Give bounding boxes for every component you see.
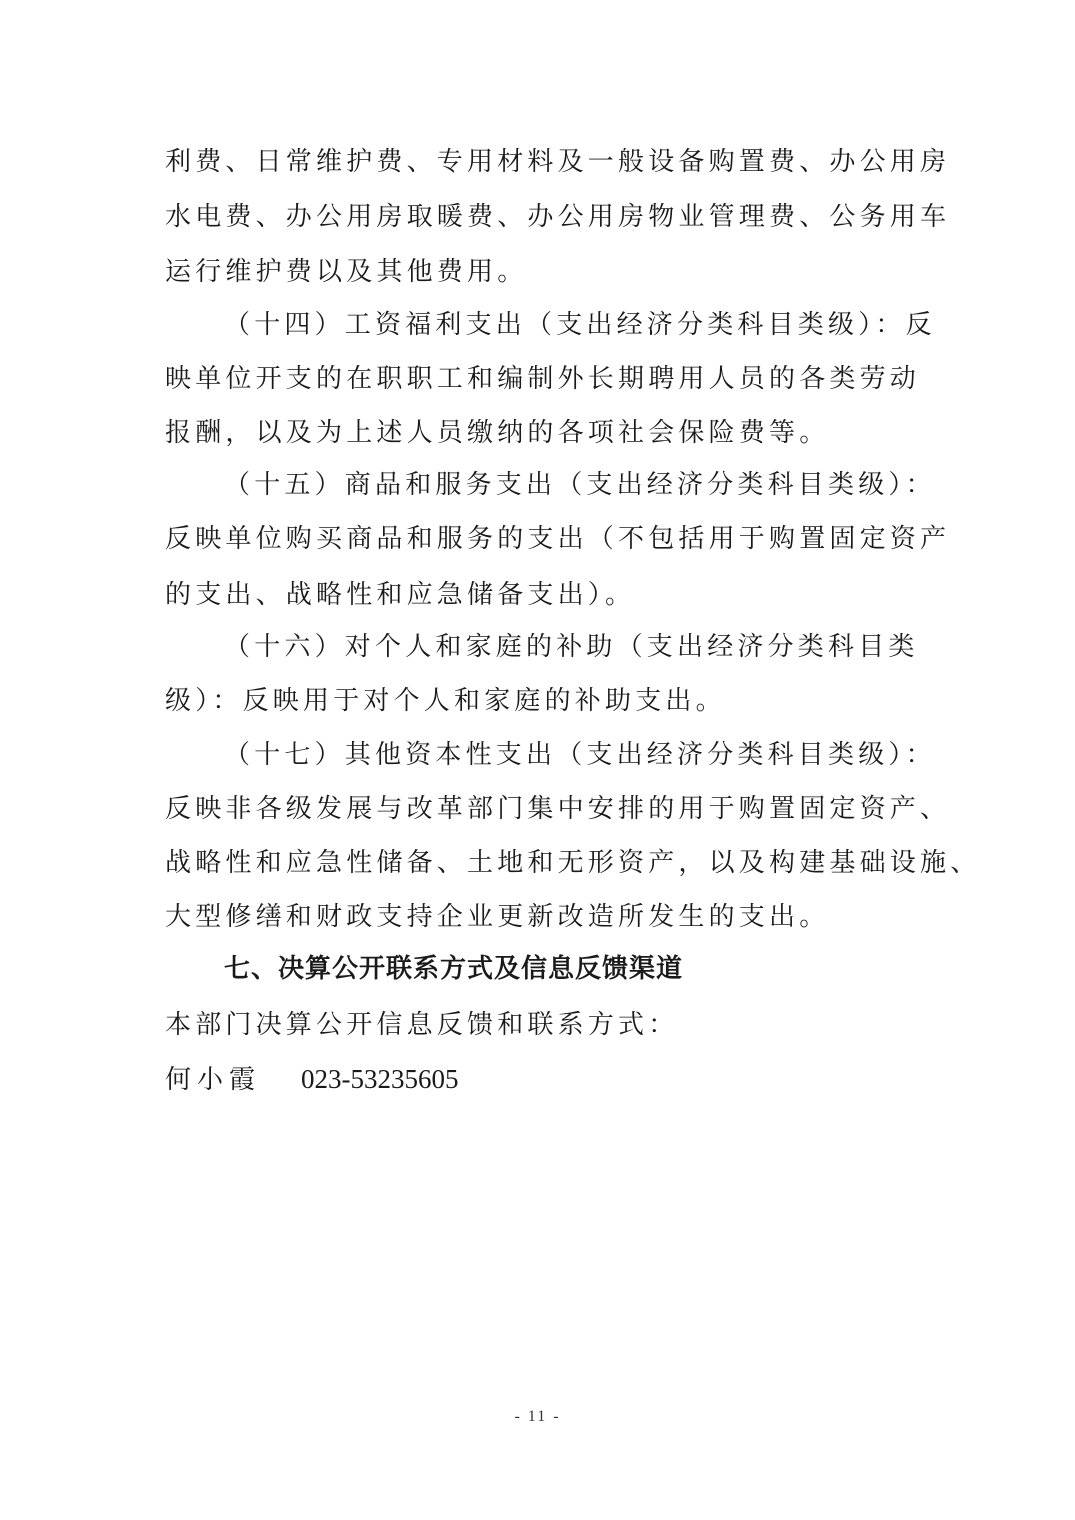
- body-text-line: 水电费、办公用房取暖费、办公用房物业管理费、公务用车: [165, 200, 950, 234]
- body-text-line: 利费、日常维护费、专用材料及一般设备购置费、办公用房: [165, 145, 950, 179]
- item-16-heading-line: （十六）对个人和家庭的补助（支出经济分类科目类: [224, 630, 919, 664]
- body-text-line: 的支出、战略性和应急储备支出）。: [165, 578, 635, 612]
- section-heading: 七、决算公开联系方式及信息反馈渠道: [224, 952, 683, 986]
- body-text-line: 大型修缮和财政支持企业更新改造所发生的支出。: [165, 900, 829, 934]
- contact-name: 何小霞: [165, 1065, 261, 1095]
- body-text-line: 反映非各级发展与改革部门集中安排的用于购置固定资产、: [165, 792, 950, 826]
- body-text-line: 运行维护费以及其他费用。: [165, 255, 527, 289]
- contact-phone: 023-53235605: [301, 1064, 459, 1094]
- body-text-line: 映单位开支的在职职工和编制外长期聘用人员的各类劳动: [165, 362, 920, 396]
- item-14-heading-line: （十四）工资福利支出（支出经济分类科目类级）：反: [224, 308, 936, 342]
- item-15-heading-line: （十五）商品和服务支出（支出经济分类科目类级）：: [224, 468, 936, 502]
- body-text-line: 级）：反映用于对个人和家庭的补助支出。: [165, 684, 726, 718]
- body-text-line: 反映单位购买商品和服务的支出（不包括用于购置固定资产: [165, 522, 950, 556]
- contact-row: 何小霞023-53235605: [165, 1062, 459, 1097]
- item-17-heading-line: （十七）其他资本性支出（支出经济分类科目类级）：: [224, 738, 936, 772]
- body-text-line: 报酬，以及为上述人员缴纳的各项社会保险费等。: [165, 416, 829, 450]
- body-text-line: 战略性和应急性储备、土地和无形资产，以及构建基础设施、: [165, 846, 980, 880]
- document-page: 利费、日常维护费、专用材料及一般设备购置费、办公用房 水电费、办公用房取暖费、办…: [0, 0, 1075, 1520]
- page-number: - 11 -: [0, 1408, 1075, 1426]
- contact-intro: 本部门决算公开信息反馈和联系方式：: [165, 1008, 678, 1042]
